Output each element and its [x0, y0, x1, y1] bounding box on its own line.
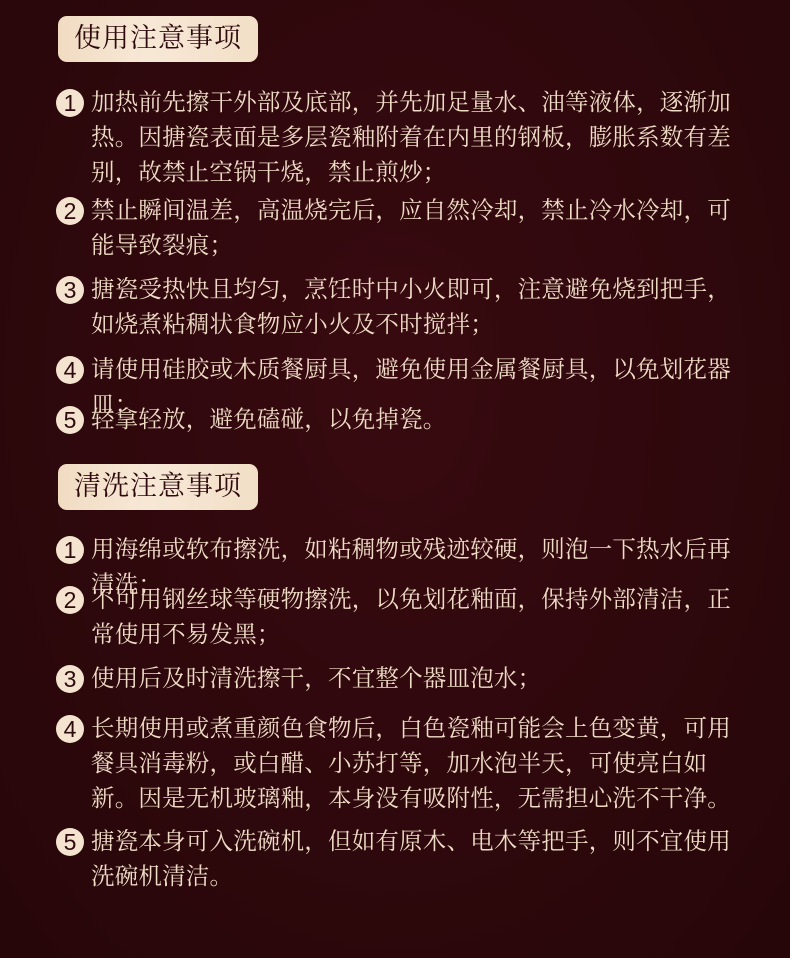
usage-item-3-text: 搪瓷受热快且均匀，烹饪时中小火即可，注意避免烧到把手，如烧煮粘稠状食物应小火及不…	[91, 272, 741, 342]
cleaning-item-2-text: 不可用钢丝球等硬物擦洗，以免划花釉面，保持外部清洁，正常使用不易发黑；	[91, 582, 741, 652]
usage-title-badge: 使用注意事项	[58, 16, 258, 62]
number-3-icon: 3	[56, 276, 84, 304]
number-5-icon: 5	[56, 828, 84, 856]
number-1-icon: 1	[56, 536, 84, 564]
number-5-icon: 5	[56, 406, 84, 434]
number-4-icon: 4	[56, 356, 84, 384]
number-2-icon: 2	[56, 197, 84, 225]
number-1-icon: 1	[56, 89, 84, 117]
usage-item-1-text: 加热前先擦干外部及底部，并先加足量水、油等液体，逐渐加热。因搪瓷表面是多层瓷釉附…	[91, 85, 741, 190]
cleaning-title-badge: 清洗注意事项	[58, 464, 258, 510]
cleaning-item-4-text: 长期使用或煮重颜色食物后，白色瓷釉可能会上色变黄，可用餐具消毒粉，或白醋、小苏打…	[91, 711, 741, 816]
number-4-icon: 4	[56, 715, 84, 743]
usage-item-5-text: 轻拿轻放，避免磕碰，以免掉瓷。	[91, 402, 741, 437]
usage-item-2-text: 禁止瞬间温差，高温烧完后，应自然冷却，禁止冷水冷却，可能导致裂痕；	[91, 193, 741, 263]
cleaning-item-3-text: 使用后及时清洗擦干，不宜整个器皿泡水；	[91, 661, 741, 696]
number-3-icon: 3	[56, 665, 84, 693]
number-2-icon: 2	[56, 586, 84, 614]
cleaning-item-5-text: 搪瓷本身可入洗碗机，但如有原木、电木等把手，则不宜使用洗碗机清洁。	[91, 824, 741, 894]
